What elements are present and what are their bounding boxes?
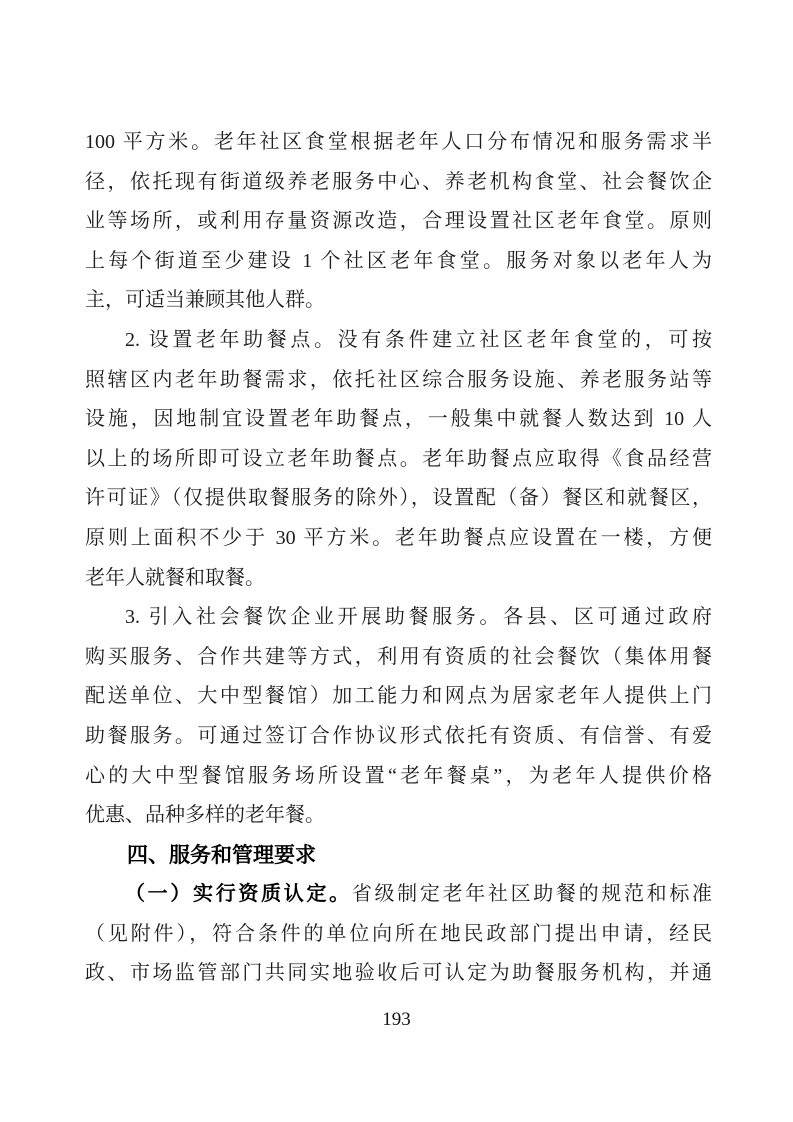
text-line: 主，可适当兼顾其他人群。 [85, 281, 712, 321]
text-line: 政、市场监管部门共同实地验收后可认定为助餐服务机构，并通 [85, 954, 712, 994]
page-number: 193 [0, 1008, 793, 1032]
paragraph-bold-lead: （一）实行资质认定。 [125, 883, 352, 905]
text-line: 购买服务、合作共建等方式，利用有资质的社会餐饮（集体用餐 [85, 638, 712, 678]
text-line: 3. 引入社会餐饮企业开展助餐服务。各县、区可通过政府 [85, 598, 712, 638]
section-heading: 四、服务和管理要求 [85, 836, 712, 876]
text-line: （见附件），符合条件的单位向所在地民政部门提出申请，经民 [85, 915, 712, 955]
text-line: 100 平方米。老年社区食堂根据老年人口分布情况和服务需求半 [85, 123, 712, 163]
text-line: 以上的场所即可设立老年助餐点。老年助餐点应取得《食品经营 [85, 440, 712, 480]
text-line: 许可证》（仅提供取餐服务的除外），设置配（备）餐区和就餐区， [85, 479, 712, 519]
text-line: 配送单位、大中型餐馆）加工能力和网点为居家老年人提供上门 [85, 677, 712, 717]
text-line: 业等场所，或利用存量资源改造，合理设置社区老年食堂。原则 [85, 202, 712, 242]
text-line: 助餐服务。可通过签订合作协议形式依托有资质、有信誉、有爱 [85, 717, 712, 757]
text-line: （一）实行资质认定。省级制定老年社区助餐的规范和标准 [85, 875, 712, 915]
text-line: 原则上面积不少于 30 平方米。老年助餐点应设置在一楼，方便 [85, 519, 712, 559]
text-line: 照辖区内老年助餐需求，依托社区综合服务设施、养老服务站等 [85, 361, 712, 401]
text-line: 心的大中型餐馆服务场所设置“老年餐桌”，为老年人提供价格 [85, 757, 712, 797]
text-line: 径，依托现有街道级养老服务中心、养老机构食堂、社会餐饮企 [85, 163, 712, 203]
paragraph-text: 省级制定老年社区助餐的规范和标准 [352, 883, 712, 905]
document-body: 100 平方米。老年社区食堂根据老年人口分布情况和服务需求半 径，依托现有街道级… [85, 123, 712, 994]
document-page: 100 平方米。老年社区食堂根据老年人口分布情况和服务需求半 径，依托现有街道级… [0, 0, 793, 1122]
text-line: 上每个街道至少建设 1 个社区老年食堂。服务对象以老年人为 [85, 242, 712, 282]
text-line: 老年人就餐和取餐。 [85, 559, 712, 599]
text-line: 优惠、品种多样的老年餐。 [85, 796, 712, 836]
text-line: 2. 设置老年助餐点。没有条件建立社区老年食堂的，可按 [85, 321, 712, 361]
text-line: 设施，因地制宜设置老年助餐点，一般集中就餐人数达到 10 人 [85, 400, 712, 440]
